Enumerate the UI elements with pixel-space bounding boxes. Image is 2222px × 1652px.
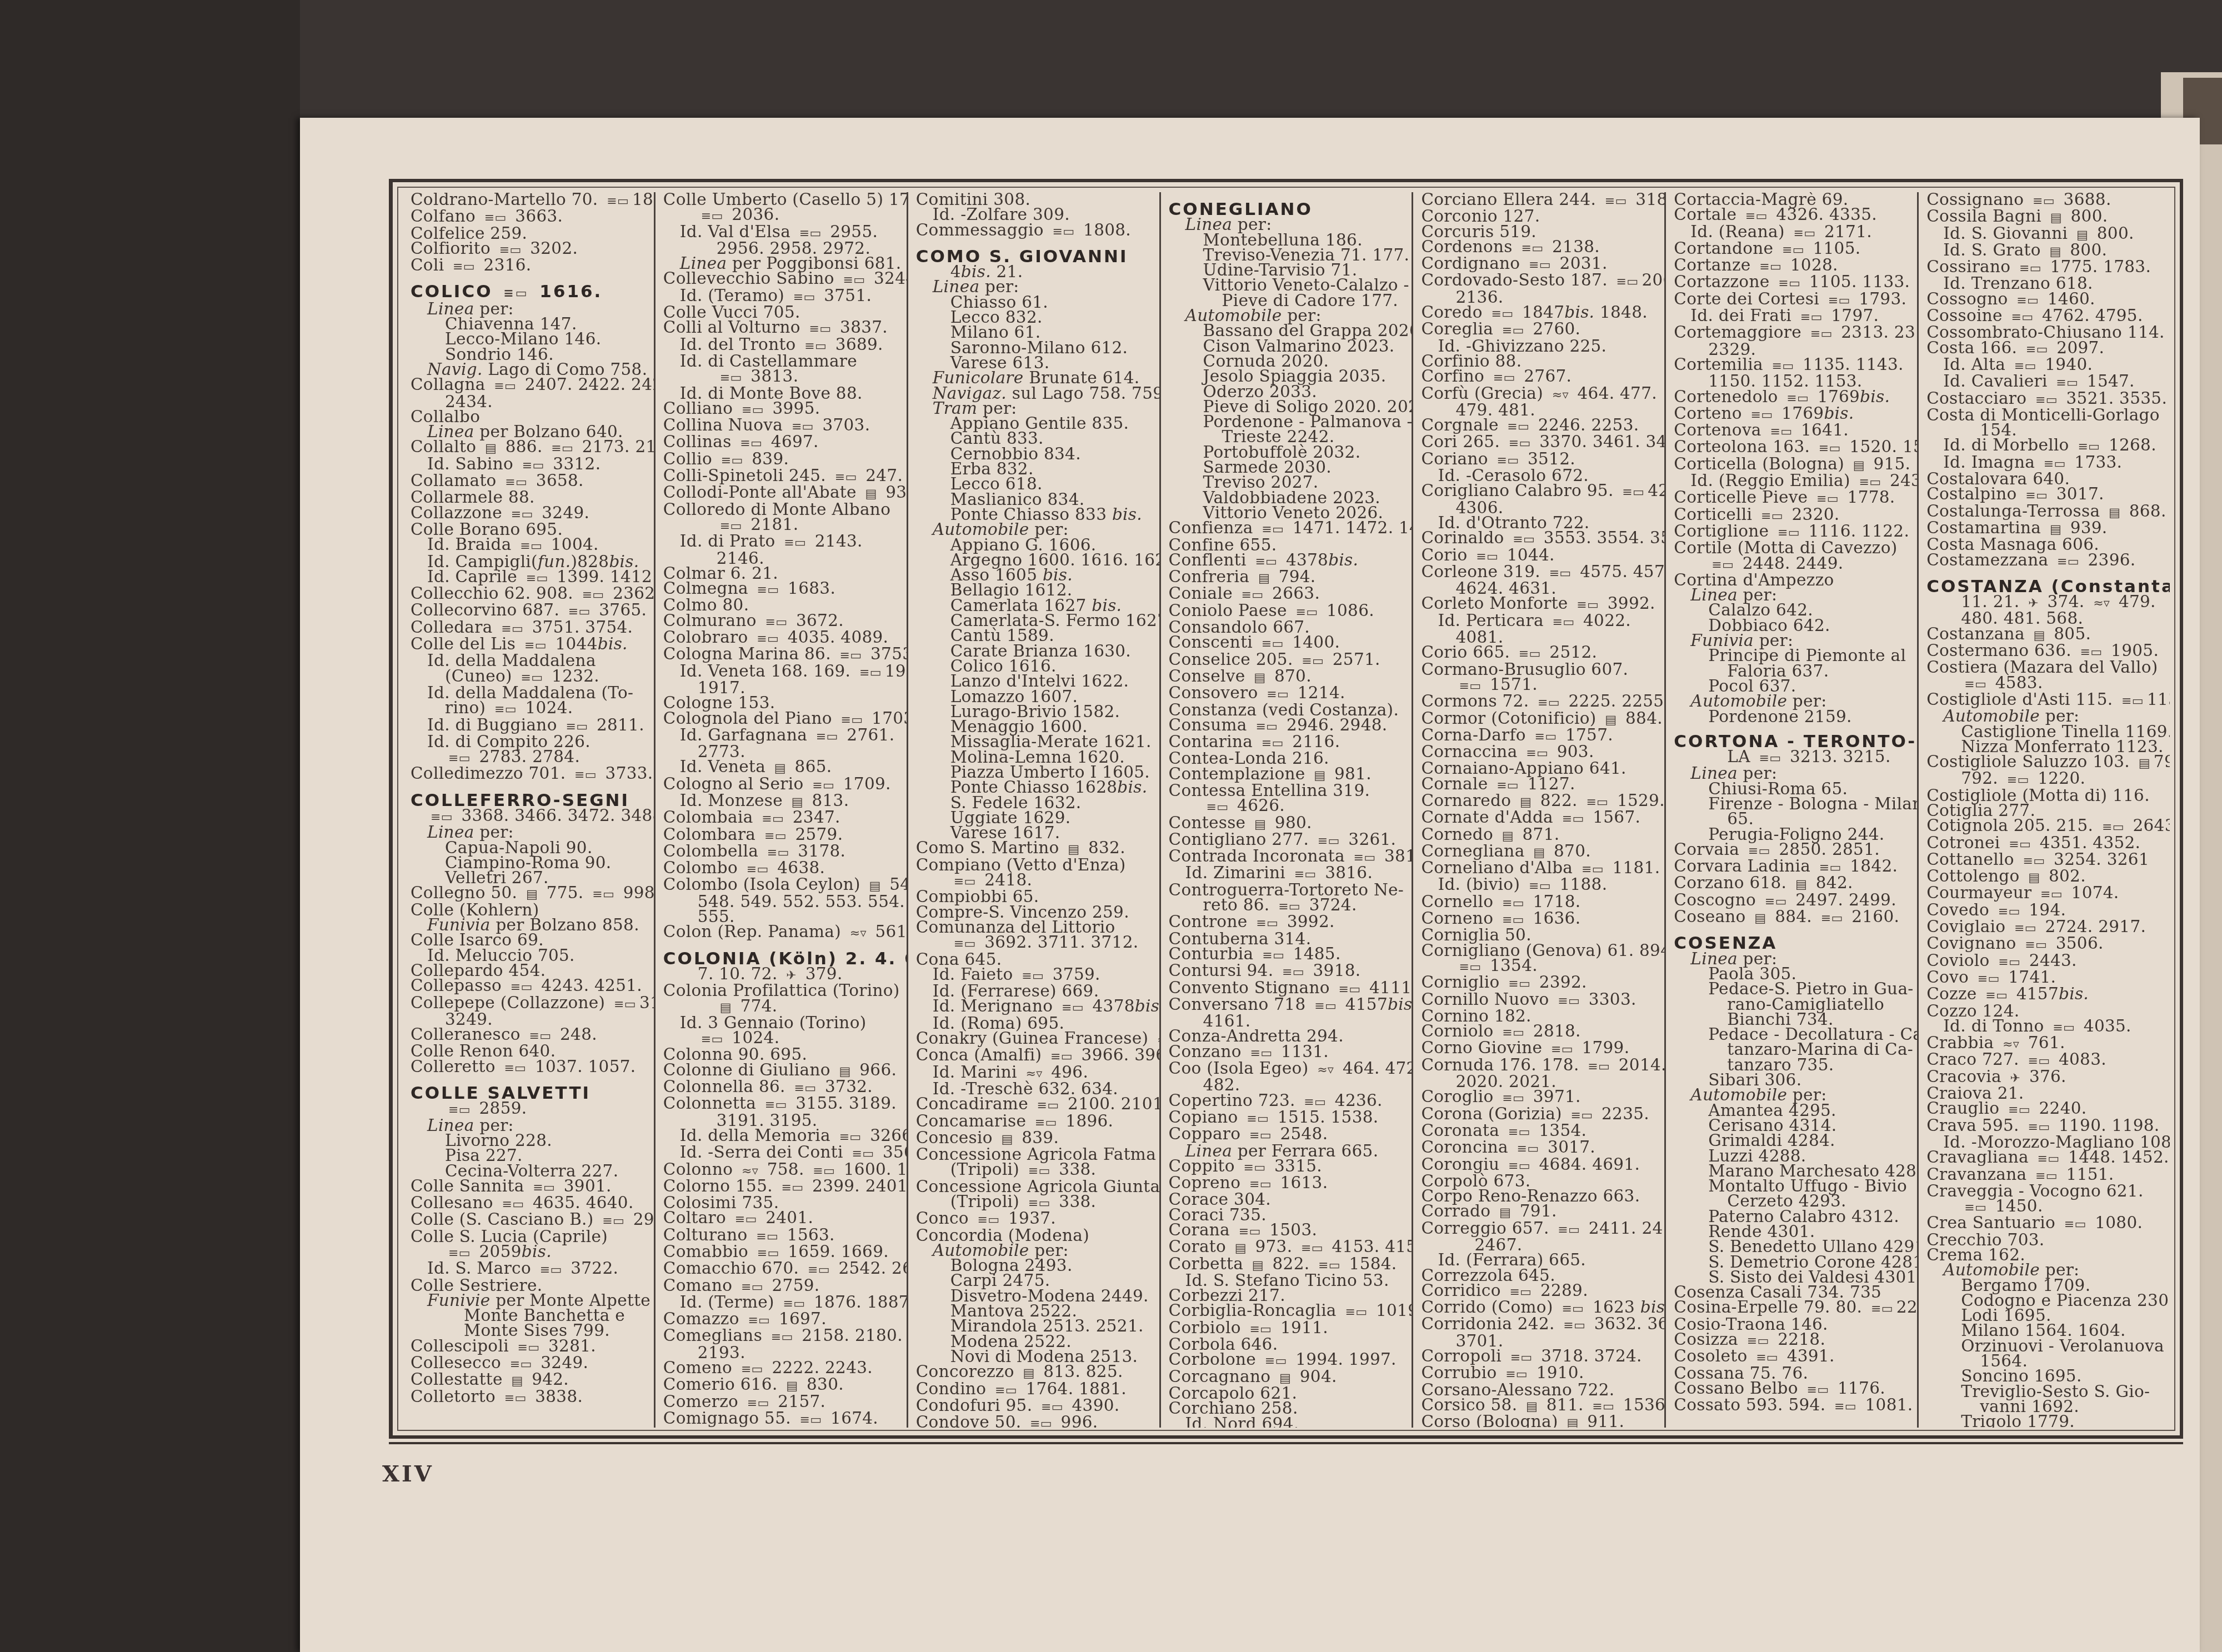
index-entry: ≡▭ 3692. 3711. 3712. [916,935,1155,952]
column-2: Colle Umberto (Casello 5) 177.≡▭ 2036.Id… [655,192,908,1428]
bus-icon: ≡▭ [540,1263,562,1278]
bus-icon: ≡▭ [1510,1350,1533,1365]
bus-icon: ≡▭ [1558,994,1580,1009]
index-entry: Costiera (Mazara del Vallo) [1926,660,2165,675]
italic-label: bis [1135,997,1159,1015]
index-entry: Concadirame ≡▭ 2100. 2101. [916,1097,1155,1113]
index-entry: Condove 50. ≡▭ 996. [916,1415,1155,1428]
index-entry: Cormons 72. ≡▭ 2225. 2255. [1421,694,1660,710]
bus-icon: ≡▭ [1871,1301,1893,1316]
bus-icon: ≡▭ [2038,1152,2060,1167]
index-entry: Trigolo 1779. [1926,1414,2165,1428]
bus-icon: ≡▭ [1562,812,1584,827]
bus-icon: ≡▭ [1834,1399,1856,1414]
italic-label: bis. [1640,1298,1666,1316]
index-entry: Colle Umberto (Casello 5) 177. [663,192,902,207]
index-entry: Collepasso ≡▭ 4243. 4251. [411,978,649,995]
bus-icon: ≡▭ [757,583,779,598]
italic-label: bis. [1112,505,1142,524]
index-entry: Craveggia - Vocogno 621. [1926,1184,2165,1199]
index-entry: Id. 3 Gennaio (Torino) [663,1015,902,1030]
bus-icon: ≡▭ [1244,1160,1266,1175]
index-entry: Id. -Serra dei Conti ≡▭ 3565 [663,1145,902,1162]
bus-icon: ≡▭ [764,829,787,844]
ship-icon: ≈▿ [1317,1063,1334,1078]
bus-icon: ≡▭ [592,887,614,902]
index-columns: Coldrano-Martello 70. ≡▭1821Colfano ≡▭ 3… [403,192,2170,1428]
bus-icon: ≡▭ [1552,615,1574,630]
bus-icon: ≡▭ [859,665,882,680]
bus-icon: ≡▭ [607,194,629,209]
ship-icon: ≈▿ [2093,596,2110,611]
bus-icon: ≡▭ [784,535,806,550]
index-entry: Firenze - Bologna - Milano [1674,797,1913,812]
italic-label: bis. [1328,550,1358,569]
tram-icon: ▤ [1754,911,1766,926]
bus-icon: ≡▭ [2023,854,2045,869]
column-1: Coldrano-Martello 70. ≡▭1821Colfano ≡▭ 3… [403,192,655,1428]
bus-icon: ≡▭ [1247,1112,1269,1127]
bus-icon: ≡▭ [504,1061,526,1076]
index-entry: Commessaggio ≡▭ 1808. [916,223,1155,239]
page-number: XIV [382,1461,434,1487]
bus-icon: ≡▭ [2016,293,2039,308]
bus-icon: ≡▭ [1622,485,1644,500]
bus-icon: ≡▭ [1558,1223,1580,1238]
bus-icon: ≡▭ [1345,1305,1367,1320]
index-entry: Coli ≡▭ 2316. [411,258,649,274]
column-5: Corciano Ellera 244. ≡▭ 3185.Corconio 12… [1413,192,1666,1428]
index-entry: Costa di Monticelli-Gorlago [1926,408,2165,423]
tram-icon: ▤ [2139,756,2150,771]
italic-label: bis. [1564,303,1594,322]
italic-label: bis. [1860,387,1890,406]
bus-icon: ≡▭ [1062,1000,1084,1015]
column-6: Cortaccia-Magrè 69.Cortale ≡▭ 4326. 4335… [1666,192,1919,1428]
index-entry: Id. di Prato ≡▭ 2143. [663,534,902,550]
bus-icon: ≡▭ [809,322,832,337]
column-3: Comitini 308.Id. -Zolfare 309.Commessagg… [908,192,1161,1428]
tram-icon: ▤ [2109,505,2120,520]
index-entry: Orzinuovi - Verolanuova [1926,1339,2165,1354]
index-entry: Corso (Bologna) ▤ 911. [1421,1414,1660,1428]
index-entry: Cozze ≡▭ 4157bis. [1926,987,2165,1003]
bus-icon: ≡▭ [1810,327,1833,342]
bus-icon: ≡▭ [504,1391,527,1406]
bus-icon: ≡▭ [1821,911,1843,926]
italic-label: bis. [1117,778,1147,797]
index-entry: Colleretto ≡▭ 1037. 1057. [411,1059,649,1076]
background-left [0,0,300,1652]
index-entry: Cossato 593. 594. ≡▭ 1081. 1098 [1674,1398,1913,1414]
index-entry: Colletorto ≡▭ 3838. [411,1389,649,1406]
index-entry: Confienza ≡▭ 1471. 1472. 1486. [1169,520,1408,537]
bus-icon: ≡▭ [816,729,838,744]
index-entry: Colonia Profilattica (Torino) [663,983,902,998]
index-entry: Colon (Rep. Panama) ≈▿ 561. [663,924,902,941]
index-entry: Contessa Entellina 319. [1169,783,1408,798]
index-heading: COLLE SALVETTI [411,1086,649,1101]
ship-icon: ≈▿ [850,926,867,941]
index-entry: rino) ≡▭ 1024. [411,700,649,717]
index-entry: Compiano (Vetto d'Enza) [916,858,1155,873]
bus-icon: ≡▭ [1617,274,1639,289]
column-4: CONEGLIANOLinea per:Montebelluna 186.Tre… [1161,192,1414,1428]
index-entry: Consovero ≡▭ 1214. [1169,685,1408,702]
index-entry: Cormano-Brusuglio 607. [1421,662,1660,677]
index-entry: Corinaldo ≡▭ 3553. 3554. 3556. [1421,530,1660,547]
italic-label: bis. [522,1242,552,1261]
bus-icon: ≡▭ [1255,719,1278,734]
index-entry: Cornigliano (Genova) 61. 894. [1421,943,1660,958]
index-entry: Corniglio ≡▭ 2392. [1421,975,1660,992]
index-entry: Id. Nord 694. [1169,1416,1408,1428]
italic-label: bis. [1388,995,1413,1014]
bus-icon: ≡▭ [1037,1098,1059,1113]
bus-icon: ≡▭ [1502,896,1524,911]
bus-icon: ≡▭ [614,997,636,1012]
tram-icon: ▤ [1567,1416,1578,1428]
bus-icon: ≡▭ [1588,1059,1610,1074]
bus-icon: ≡▭ [756,1229,778,1244]
index-entry: Coseano ▤ 884. ≡▭ 2160. [1674,909,1913,926]
index-entry: Colledimezzo 701. ≡▭ 3733. [411,766,649,783]
column-7: Cossignano ≡▭ 3688.Cossila Bagni ▤ 800.I… [1919,192,2170,1428]
bus-icon: ≡▭ [1053,224,1075,239]
index-entry: Costamezzana ≡▭ 2396. [1926,553,2165,569]
bus-icon: ≡▭ [574,768,597,783]
italic-label: bis. [2059,984,2089,1003]
bus-icon: ≡▭ [2057,554,2079,569]
bus-icon: ≡▭ [1507,419,1529,434]
bus-icon: ≡▭ [2064,1217,2086,1232]
footer-rule [389,1442,2183,1444]
bus-icon: ≡▭ [1562,1301,1584,1316]
bus-icon: ≡▭ [453,259,475,274]
bus-icon: ≡▭ [1605,194,1627,209]
tram-icon: ▤ [511,1374,523,1389]
index-entry: Coroncina ≡▭ 3017. [1421,1140,1660,1157]
italic-label: bis. [1824,404,1854,423]
bus-icon: ≡▭ [782,1180,804,1195]
bus-icon: ≡▭ [1030,1416,1052,1428]
bus-icon: ≡▭ [494,379,516,394]
italic-label: bis. [598,634,628,653]
bus-icon: ≡▭ [2121,694,2144,709]
bus-icon: ≡▭ [1314,999,1337,1014]
index-frame: Coldrano-Martello 70. ≡▭1821Colfano ≡▭ 3… [389,179,2183,1439]
bus-icon: ≡▭ [762,812,784,827]
index-entry: Cravagliana ≡▭ 1448. 1452. [1926,1150,2165,1167]
index-entry: Correggio 657. ≡▭ 2411. 2453. [1421,1221,1660,1238]
index-entry: Pordenone 2159. [1674,709,1913,724]
ship-icon: ≈▿ [1552,388,1569,403]
bus-icon: ≡▭ [771,1330,793,1345]
index-entry: Contursi 94. ≡▭ 3918. [1169,963,1408,980]
bus-icon: ≡▭ [1563,1318,1585,1333]
